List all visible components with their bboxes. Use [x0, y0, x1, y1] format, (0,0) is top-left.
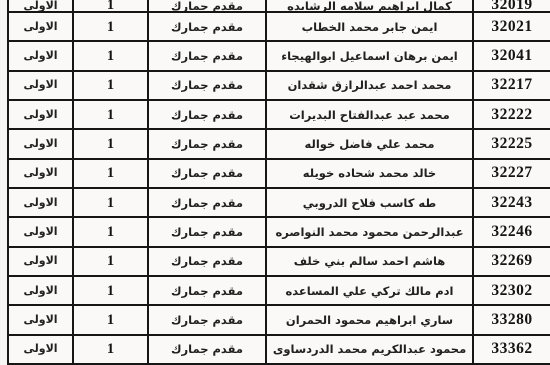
grade-cell: الاولى: [7, 101, 72, 128]
table-row: الاولى 1 مقدم جمارك ادم مالك تركي علي ال…: [7, 277, 550, 306]
count-text: 1: [107, 165, 114, 181]
grade-cell: الاولى: [7, 130, 72, 157]
count-cell: 1: [72, 189, 147, 216]
count-text: 1: [107, 19, 114, 35]
rank-text: مقدم جمارك: [171, 108, 243, 122]
grade-text: الاولى: [23, 137, 57, 151]
grade-cell: الاولى: [7, 306, 72, 333]
table-row: الاولى 1 مقدم جمارك ايمن برهان اسماعيل ا…: [7, 42, 550, 71]
id-text: 32225: [491, 136, 532, 152]
name-cell: عبدالرحمن محمود محمد النواصره: [265, 218, 472, 245]
name-cell: ادم مالك تركي علي المساعده: [265, 277, 472, 304]
name-cell: ايمن برهان اسماعيل ابوالهيجاء: [265, 42, 472, 69]
rank-text: مقدم جمارك: [171, 20, 243, 34]
id-text: 32217: [491, 77, 532, 93]
id-cell: 32246: [472, 218, 550, 245]
grade-cell: الاولى: [7, 218, 72, 245]
rank-cell: مقدم جمارك: [147, 248, 265, 275]
rank-cell: مقدم جمارك: [147, 42, 265, 69]
count-text: 1: [107, 77, 114, 93]
name-text: محمد احمد عبدالرازق شقدان: [288, 78, 452, 92]
name-cell: طه كاسب فلاح الدروبي: [265, 189, 472, 216]
id-text: 32246: [491, 224, 532, 240]
name-cell: محمد علي فاضل خواله: [265, 130, 472, 157]
count-cell: 1: [72, 13, 147, 40]
count-cell: 1: [72, 101, 147, 128]
count-text: 1: [107, 0, 114, 11]
id-cell: 32225: [472, 130, 550, 157]
name-cell: هاشم احمد سالم بني خلف: [265, 248, 472, 275]
count-text: 1: [107, 136, 114, 152]
rank-text: مقدم جمارك: [171, 342, 243, 356]
rank-text: مقدم جمارك: [171, 0, 243, 11]
rank-text: مقدم جمارك: [171, 49, 243, 63]
name-cell: ايمن جابر محمد الخطاب: [265, 13, 472, 40]
name-cell: خالد محمد شحاده خويله: [265, 160, 472, 187]
grade-cell: الاولى: [7, 72, 72, 99]
count-text: 1: [107, 48, 114, 64]
count-cell: 1: [72, 160, 147, 187]
count-text: 1: [107, 341, 114, 357]
table-row: الاولى 1 مقدم جمارك عبدالرحمن محمود محمد…: [7, 218, 550, 247]
rank-cell: مقدم جمارك: [147, 336, 265, 363]
rank-cell: مقدم جمارك: [147, 101, 265, 128]
rank-cell: مقدم جمارك: [147, 218, 265, 245]
count-cell: 1: [72, 248, 147, 275]
id-text: 32227: [491, 165, 532, 181]
table-row: الاولى 1 مقدم جمارك طه كاسب فلاح الدروبي…: [7, 189, 550, 218]
table-row: الاولى 1 مقدم جمارك محمد احمد عبدالرازق …: [7, 72, 550, 101]
name-text: محمود عبدالكريم محمد الدردساوى: [273, 342, 466, 356]
name-text: محمد علي فاضل خواله: [305, 137, 435, 151]
grade-text: الاولى: [23, 196, 57, 210]
id-cell: 32041: [472, 42, 550, 69]
id-cell: 32222: [472, 101, 550, 128]
table-row: الاولى 1 مقدم جمارك ايمن جابر محمد الخطا…: [7, 13, 550, 42]
table-row: الاولى 1 مقدم جمارك هاشم احمد سالم بني خ…: [7, 248, 550, 277]
rank-cell: مقدم جمارك: [147, 277, 265, 304]
rank-text: مقدم جمارك: [171, 196, 243, 210]
count-cell: 1: [72, 42, 147, 69]
id-text: 32222: [491, 107, 532, 123]
id-text: 32269: [491, 253, 532, 269]
count-text: 1: [107, 224, 114, 240]
id-cell: 32021: [472, 13, 550, 40]
table-row: الاولى 1 مقدم جمارك محمود عبدالكريم محمد…: [7, 336, 550, 365]
count-cell: 1: [72, 336, 147, 363]
grade-cell: الاولى: [7, 277, 72, 304]
grade-cell: الاولى: [7, 336, 72, 363]
id-text: 33280: [491, 312, 532, 328]
grade-text: الاولى: [23, 0, 57, 11]
table-row: الاولى 1 مقدم جمارك محمد عبد عبدالفتاح ا…: [7, 101, 550, 130]
rank-cell: مقدم جمارك: [147, 130, 265, 157]
rank-cell: مقدم جمارك: [147, 160, 265, 187]
table-row: الاولى 1 مقدم جمارك ساري ابراهيم محمود ا…: [7, 306, 550, 335]
personnel-table: الاولى 1 مقدم جمارك كمال ابراهيم سلامه ا…: [7, 0, 550, 365]
count-cell: 1: [72, 0, 147, 11]
table-row: الاولى 1 مقدم جمارك كمال ابراهيم سلامه ا…: [7, 0, 550, 13]
name-text: كمال ابراهيم سلامه الرشايده: [287, 0, 452, 11]
id-cell: 33280: [472, 306, 550, 333]
name-text: ايمن جابر محمد الخطاب: [302, 20, 438, 34]
name-cell: كمال ابراهيم سلامه الرشايده: [265, 0, 472, 11]
id-cell: 32243: [472, 189, 550, 216]
grade-text: الاولى: [23, 78, 57, 92]
table-row: الاولى 1 مقدم جمارك خالد محمد شحاده خويل…: [7, 160, 550, 189]
count-cell: 1: [72, 218, 147, 245]
name-text: ايمن برهان اسماعيل ابوالهيجاء: [281, 49, 458, 63]
table-row: الاولى 1 مقدم جمارك محمد علي فاضل خواله …: [7, 130, 550, 159]
grade-text: الاولى: [23, 342, 57, 356]
grade-cell: الاولى: [7, 189, 72, 216]
rank-text: مقدم جمارك: [171, 313, 243, 327]
grade-cell: الاولى: [7, 160, 72, 187]
id-text: 32243: [491, 195, 532, 211]
name-text: خالد محمد شحاده خويله: [303, 166, 436, 180]
count-cell: 1: [72, 72, 147, 99]
count-text: 1: [107, 312, 114, 328]
name-text: هاشم احمد سالم بني خلف: [294, 254, 446, 268]
grade-cell: الاولى: [7, 248, 72, 275]
document-page: الاولى 1 مقدم جمارك كمال ابراهيم سلامه ا…: [0, 0, 550, 365]
id-cell: 32269: [472, 248, 550, 275]
grade-text: الاولى: [23, 166, 57, 180]
name-cell: محمود عبدالكريم محمد الدردساوى: [265, 336, 472, 363]
count-text: 1: [107, 107, 114, 123]
id-text: 32019: [491, 0, 532, 11]
id-cell: 32019: [472, 0, 550, 11]
name-cell: محمد عبد عبدالفتاح البديرات: [265, 101, 472, 128]
id-text: 32302: [491, 283, 532, 299]
rank-text: مقدم جمارك: [171, 225, 243, 239]
grade-cell: الاولى: [7, 42, 72, 69]
count-text: 1: [107, 283, 114, 299]
grade-cell: الاولى: [7, 0, 72, 11]
name-cell: محمد احمد عبدالرازق شقدان: [265, 72, 472, 99]
rank-text: مقدم جمارك: [171, 78, 243, 92]
rank-cell: مقدم جمارك: [147, 13, 265, 40]
grade-text: الاولى: [23, 108, 57, 122]
count-cell: 1: [72, 306, 147, 333]
id-text: 32021: [491, 19, 532, 35]
name-text: ادم مالك تركي علي المساعده: [285, 284, 453, 298]
rank-text: مقدم جمارك: [171, 166, 243, 180]
count-cell: 1: [72, 277, 147, 304]
rank-cell: مقدم جمارك: [147, 72, 265, 99]
name-text: طه كاسب فلاح الدروبي: [303, 196, 436, 210]
id-cell: 32217: [472, 72, 550, 99]
grade-text: الاولى: [23, 20, 57, 34]
id-cell: 32302: [472, 277, 550, 304]
grade-text: الاولى: [23, 254, 57, 268]
rank-text: مقدم جمارك: [171, 137, 243, 151]
count-cell: 1: [72, 130, 147, 157]
grade-text: الاولى: [23, 313, 57, 327]
rank-text: مقدم جمارك: [171, 284, 243, 298]
grade-text: الاولى: [23, 284, 57, 298]
rank-text: مقدم جمارك: [171, 254, 243, 268]
grade-text: الاولى: [23, 225, 57, 239]
id-text: 33362: [491, 341, 532, 357]
name-text: ساري ابراهيم محمود الحمران: [286, 313, 453, 327]
grade-text: الاولى: [23, 49, 57, 63]
id-cell: 32227: [472, 160, 550, 187]
id-cell: 33362: [472, 336, 550, 363]
count-text: 1: [107, 195, 114, 211]
rank-cell: مقدم جمارك: [147, 306, 265, 333]
rank-cell: مقدم جمارك: [147, 189, 265, 216]
name-text: عبدالرحمن محمود محمد النواصره: [275, 225, 463, 239]
name-cell: ساري ابراهيم محمود الحمران: [265, 306, 472, 333]
grade-cell: الاولى: [7, 13, 72, 40]
rank-cell: مقدم جمارك: [147, 0, 265, 11]
count-text: 1: [107, 253, 114, 269]
id-text: 32041: [491, 48, 532, 64]
name-text: محمد عبد عبدالفتاح البديرات: [289, 108, 450, 122]
